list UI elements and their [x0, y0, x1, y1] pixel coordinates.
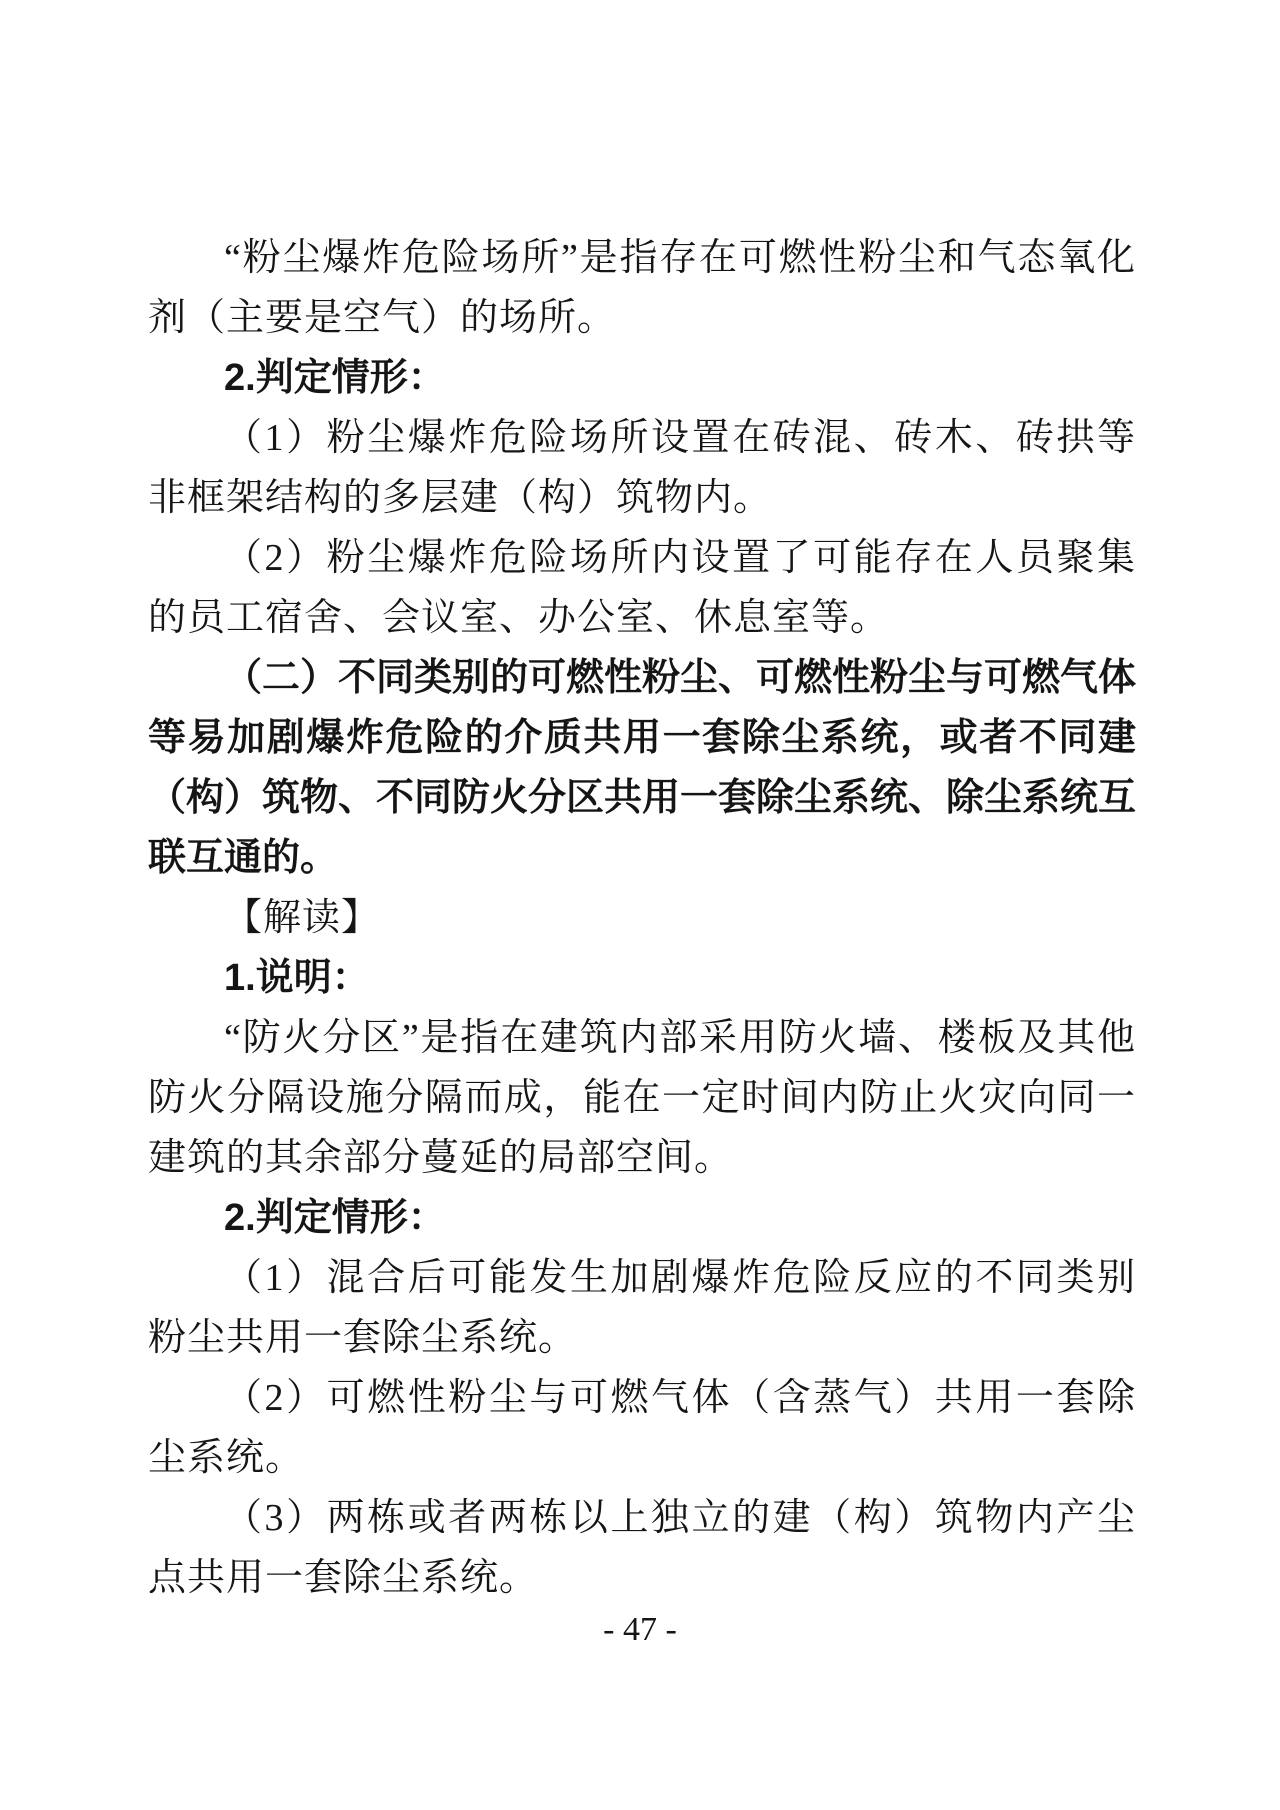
para-fire-compartment-definition: “防火分区”是指在建筑内部采用防火墙、楼板及其他防火分隔设施分隔而成，能在一定时… [148, 1008, 1136, 1188]
para-interpretation-label: 【解读】 [148, 888, 1136, 948]
para-case-2-item-1: （1）混合后可能发生加剧爆炸危险反应的不同类别粉尘共用一套除尘系统。 [148, 1248, 1136, 1368]
page-number: - 47 - [0, 1608, 1280, 1652]
para-case-2-item-3: （3）两栋或者两栋以上独立的建（构）筑物内产尘点共用一套除尘系统。 [148, 1488, 1136, 1608]
para-case-2-item-2: （2）可燃性粉尘与可燃气体（含蒸气）共用一套除尘系统。 [148, 1368, 1136, 1488]
heading-judgment-cases-1: 2.判定情形： [148, 348, 1136, 408]
heading-judgment-cases-2: 2.判定情形： [148, 1188, 1136, 1248]
document-page: “粉尘爆炸危险场所”是指存在可燃性粉尘和气态氧化剂（主要是空气）的场所。 2.判… [0, 0, 1280, 1810]
document-body: “粉尘爆炸危险场所”是指存在可燃性粉尘和气态氧化剂（主要是空气）的场所。 2.判… [148, 228, 1136, 1608]
heading-explanation: 1.说明： [148, 948, 1136, 1008]
para-dust-explosion-place-definition: “粉尘爆炸危险场所”是指存在可燃性粉尘和气态氧化剂（主要是空气）的场所。 [148, 228, 1136, 348]
para-case-1-item-1: （1）粉尘爆炸危险场所设置在砖混、砖木、砖拱等非框架结构的多层建（构）筑物内。 [148, 408, 1136, 528]
para-case-1-item-2: （2）粉尘爆炸危险场所内设置了可能存在人员聚集的员工宿舍、会议室、办公室、休息室… [148, 528, 1136, 648]
heading-section-two: （二）不同类别的可燃性粉尘、可燃性粉尘与可燃气体等易加剧爆炸危险的介质共用一套除… [148, 648, 1136, 888]
